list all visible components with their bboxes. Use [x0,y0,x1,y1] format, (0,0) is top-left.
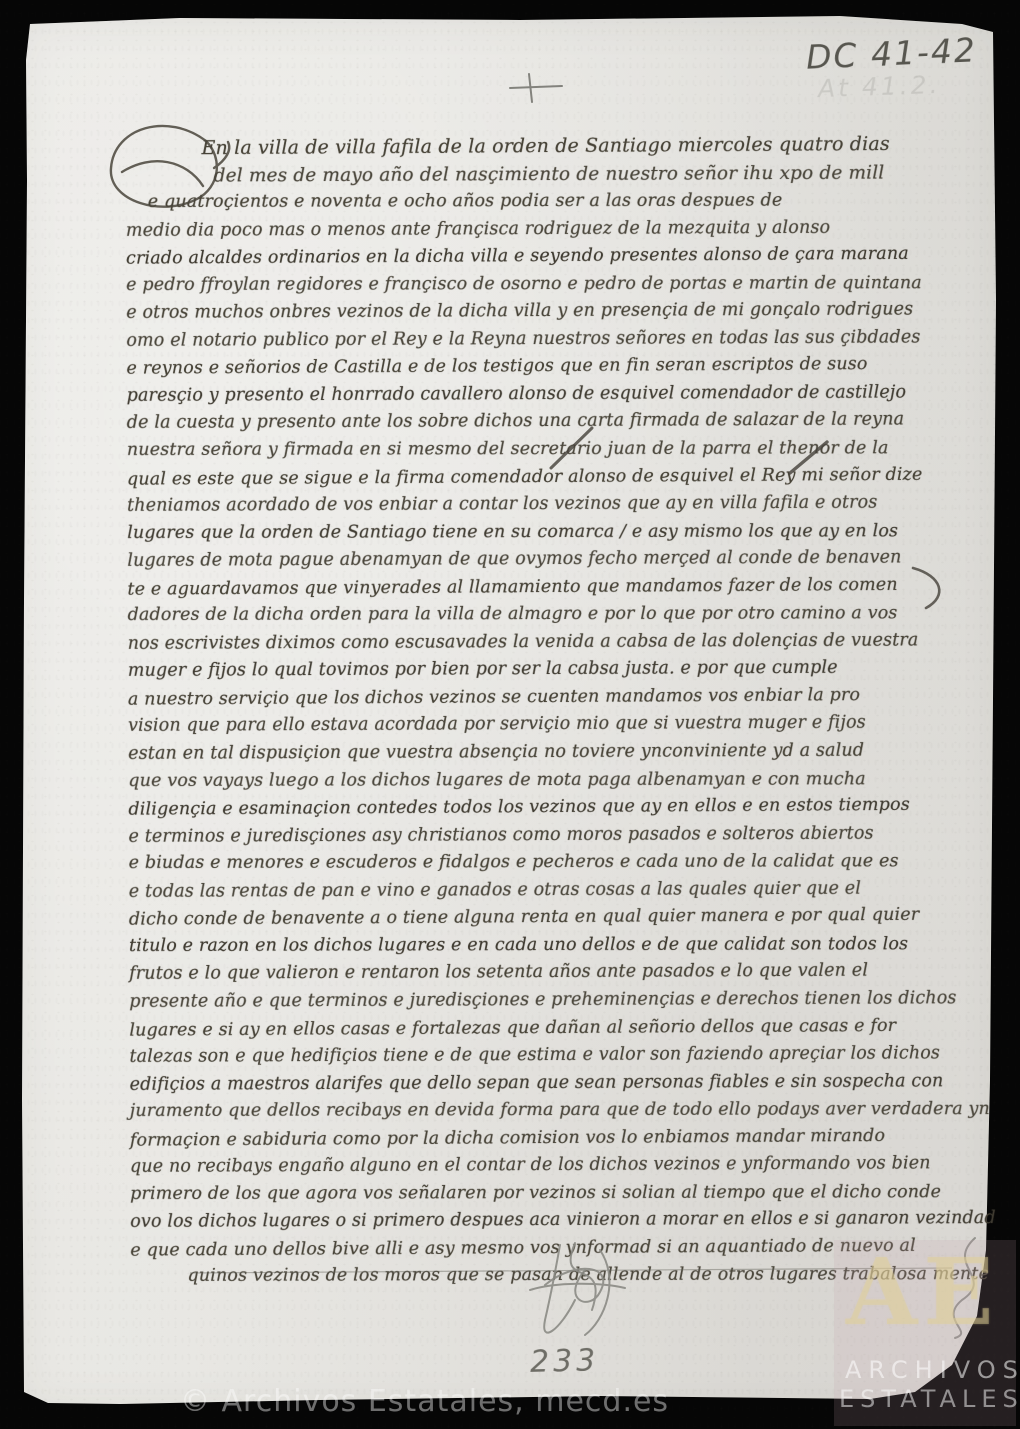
manuscript-line: edifiçios a maestros alarifes que dello … [130,1068,972,1099]
manuscript-line: e terminos e juredisçiones asy christian… [128,820,970,851]
manuscript-line: nuestra señora y firmada en si mesmo del… [127,435,969,464]
manuscript-line: En la villa de villa fafila de la orden … [125,130,967,163]
manuscript-text-block: En la villa de villa fafila de la orden … [125,131,972,1292]
manuscript-line: e reynos e señorios de Castilla e de los… [126,351,968,384]
manuscript-line: estan en tal dispusiçion que vuestra abs… [128,737,970,768]
manuscript-line: de la cuesta y presento ante los sobre d… [127,407,969,438]
archive-logo-text-archivos: ARCHIVOS [845,1356,1020,1384]
manuscript-line: e pedro ffroylan regidores e françisco d… [126,270,968,299]
manuscript-line: criado alcaldes ordinarios en la dicha v… [126,241,968,274]
manuscript-line: dadores de la dicha orden para la villa … [128,600,970,629]
archive-logo-letters: AE [846,1238,1000,1346]
manuscript-line: juramento que dellos recibays en devida … [130,1096,972,1125]
manuscript-line: presente año e que terminos e juredisçio… [129,985,971,1016]
manuscript-line: formaçion e sabiduria como por la dicha … [130,1122,972,1155]
manuscript-line: lugares que la orden de Santiago tiene e… [127,518,969,547]
scanned-manuscript-page: En la villa de villa fafila de la orden … [0,0,1020,1429]
manuscript-line: primero de los que agora vos señalaren p… [130,1179,972,1208]
manuscript-line: lugares e si ay en ellos casas e fortale… [129,1012,971,1045]
folio-page-number: 233 [530,1343,600,1380]
manuscript-line: e otros muchos onbres vezinos de la dich… [126,296,968,327]
manuscript-line: vision que para ello estava acordada por… [128,710,970,741]
manuscript-line: e biudas e menores e escuderos e fidalgo… [129,848,971,877]
manuscript-line: ovo los dichos lugares o si primero desp… [130,1205,972,1236]
archive-logo-text-estatales: ESTATALES [839,1385,1020,1413]
manuscript-line: frutos e lo que valieron e rentaron los … [129,958,971,989]
manuscript-line: e quatroçientos e noventa e ocho años po… [126,187,968,216]
manuscript-line: dicho conde de benavente a o tiene algun… [129,902,971,935]
manuscript-line: lugares de mota pague abenamyan de que o… [127,544,969,575]
copyright-watermark: © Archivos Estatales, mecd.es [180,1384,669,1419]
manuscript-line: qual es este que se sigue e la firma com… [127,461,969,494]
erased-pencil-note: At 41.2. [818,70,941,103]
manuscript-line: titulo e razon en los dichos lugares e e… [129,931,971,960]
archive-call-number: DC 41-42 [805,30,977,76]
manuscript-line: que no recibays engaño alguno en el cont… [130,1150,972,1181]
manuscript-line: muger e fijos lo qual tovimos por bien p… [128,655,970,686]
manuscript-line: a nuestro serviçio que los dichos vezino… [128,681,970,714]
manuscript-line: te e aguardavamos que vinyerades al llam… [127,571,969,604]
manuscript-line: que vos vayays luego a los dichos lugare… [128,766,970,795]
manuscript-line: del mes de mayo año del nasçimiento de n… [126,159,968,190]
manuscript-line: talezas son e que hedifiçios tiene e de … [129,1040,971,1071]
manuscript-line: theniamos acordado de vos enbiar a conta… [127,489,969,520]
manuscript-line: diligençia e esaminaçion contedes todos … [128,792,970,825]
manuscript-line: nos escrivistes diximos como escusavades… [128,627,970,658]
manuscript-line: paresçio y presento el honrrado cavaller… [127,379,969,410]
